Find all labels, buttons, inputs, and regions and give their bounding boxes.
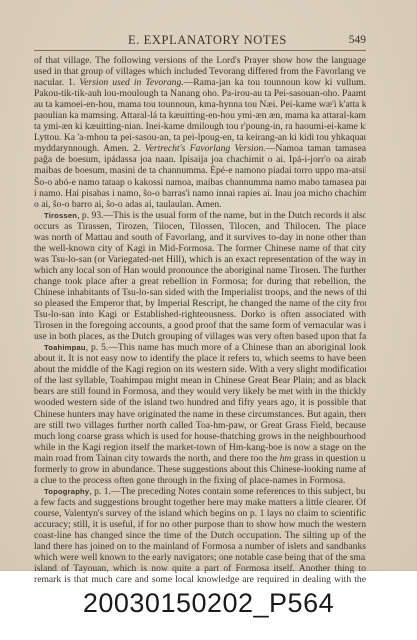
version2-label: Vertrecht's Favorlang Version. bbox=[145, 143, 266, 154]
text-line: which any local son of Han would pronoun… bbox=[34, 265, 366, 276]
text-line: Chinese inhabitants of Tsu-lo-san sided … bbox=[34, 287, 366, 298]
text-line: au ta kamoei-en-hou, mama tou tounnoun, … bbox=[34, 99, 366, 110]
text-line: main road from Tainan city towards the n… bbox=[34, 453, 366, 464]
text-span: myddarynnough. Amen. 2. bbox=[34, 143, 145, 154]
text-line: are still two villages further north cal… bbox=[34, 420, 366, 431]
text-line: about it. It is not easy now to identify… bbox=[34, 353, 366, 364]
text-line: paĝa de boesum, ipádassa joa naan. Ipisa… bbox=[34, 154, 366, 165]
text-line: so pleased the Emperor that, by Imperial… bbox=[34, 298, 366, 309]
text-line: island of Tayouan, which is now quite a … bbox=[34, 563, 366, 574]
page-number: 549 bbox=[349, 34, 366, 46]
text-line: much long coarse grass which is used for… bbox=[34, 431, 366, 442]
hm-italic: hm bbox=[280, 453, 292, 464]
text-line: nacular. 1. Version used in Tevorang.—Ra… bbox=[34, 77, 366, 88]
text-line: wooded western side of the island two hu… bbox=[34, 397, 366, 408]
text-span: —Namoa taman tamasea bbox=[266, 143, 366, 154]
running-head: E. EXPLANATORY NOTES bbox=[128, 33, 287, 48]
text-line: Lyttou. Ka 'a-mhou ta pei-sasou-an, ta p… bbox=[34, 132, 366, 143]
text-span: nacular. 1. bbox=[34, 77, 79, 88]
text-line: bears are still found in Formosa, and th… bbox=[34, 386, 366, 397]
body-text: of that village. The following versions … bbox=[34, 55, 366, 585]
text-line: maibas de boesum, masini de ta channumma… bbox=[34, 165, 366, 176]
text-line: coast-line has changed since the time of… bbox=[34, 530, 366, 541]
text-span: grass in question used bbox=[291, 453, 366, 464]
entry-keyword: Toahimpau bbox=[44, 343, 86, 352]
text-line: paoulian ka mamsing. Attaral-lá ta kæuit… bbox=[34, 110, 366, 121]
text-line: formerly to grow in abundance. These sug… bbox=[34, 464, 366, 475]
text-line: occurs as Tirassen, Tirozen, Tilocen, Ti… bbox=[34, 221, 366, 232]
tirossen-paragraph: Tirossen, p. 93.—This is the usual form … bbox=[34, 210, 366, 343]
text-span: —Rama-jan ka tou tounnoun kow ki vullum. bbox=[184, 77, 366, 88]
text-line: Toahimpau, p. 5.—This name has much more… bbox=[34, 342, 366, 353]
text-line: was Tsu-lo-san (or Variegated-net Hill),… bbox=[34, 254, 366, 265]
text-line: i namo. Hai pisabas i namo, ŝo-o barras'… bbox=[34, 188, 366, 199]
text-line: a clue to the process often gone through… bbox=[34, 475, 366, 486]
text-line: used in that group of villages which inc… bbox=[34, 66, 366, 77]
text-span: , p. 5.—This name has much more of a Chi… bbox=[86, 342, 366, 353]
text-line: which were well known to the early navig… bbox=[34, 552, 366, 563]
text-span: , p. 93.—This is the usual form of the n… bbox=[77, 210, 366, 221]
text-line: about the middle of the Kagi region on i… bbox=[34, 364, 366, 375]
text-line: remark is that much care and some local … bbox=[34, 574, 366, 585]
text-line: change took place after a great rebellio… bbox=[34, 276, 366, 287]
text-line: while in the Kagi region itself the mark… bbox=[34, 442, 366, 453]
text-line: ta ymi-æn ki kæuitting-nian. Inei-kame d… bbox=[34, 121, 366, 132]
text-line: o ai, ŝo-o barro ai, ŝo-o adas ai, taula… bbox=[34, 199, 366, 210]
text-line: Tsu-lo-san into Kagi or Established-righ… bbox=[34, 309, 366, 320]
page-scan: E. EXPLANATORY NOTES 549 of that village… bbox=[0, 0, 417, 571]
text-line: the well-known city of Kagi in Mid-Formo… bbox=[34, 243, 366, 254]
text-line: Ŝo-o abó-e namo tataap o kakossi namoa, … bbox=[34, 177, 366, 188]
text-line: Tirosen in the foregoing accounts, a goo… bbox=[34, 320, 366, 331]
text-line: Pakou-tik-tik-auh lou-moulough ta Nanang… bbox=[34, 88, 366, 99]
text-line: was north of Mattau and south of Favorla… bbox=[34, 232, 366, 243]
toahimpau-paragraph: Toahimpau, p. 5.—This name has much more… bbox=[34, 342, 366, 486]
text-line: land there has joined on to the mainland… bbox=[34, 541, 366, 552]
text-line: of the last syllable, Toahimpau might me… bbox=[34, 375, 366, 386]
lords-prayer-paragraph: of that village. The following versions … bbox=[34, 55, 366, 210]
text-line: a few facts and suggestions brought toge… bbox=[34, 497, 366, 508]
text-line: Chinese hunters may have originated the … bbox=[34, 409, 366, 420]
text-line: Topography, p. 1.—The preceding Notes co… bbox=[34, 486, 366, 497]
text-line: myddarynnough. Amen. 2. Vertrecht's Favo… bbox=[34, 143, 366, 154]
text-span: , p. 1.—The preceding Notes contain some… bbox=[89, 486, 366, 497]
header-rule bbox=[34, 50, 366, 51]
text-line: use in both places, as the Dutch groupin… bbox=[34, 331, 366, 342]
page-header: E. EXPLANATORY NOTES 549 bbox=[34, 33, 366, 49]
entry-keyword: Topography bbox=[44, 487, 89, 496]
version1-label: Version used in Tevorang. bbox=[79, 77, 183, 88]
text-line: course, Valentyn's survey of the island … bbox=[34, 508, 366, 519]
topography-paragraph: Topography, p. 1.—The preceding Notes co… bbox=[34, 486, 366, 585]
scan-id-label: 20030150202_P564 bbox=[0, 588, 417, 619]
text-line: accuracy; still, it is useful, if for no… bbox=[34, 519, 366, 530]
entry-keyword: Tirossen bbox=[44, 211, 77, 220]
text-line: of that village. The following versions … bbox=[34, 55, 366, 66]
text-line: Tirossen, p. 93.—This is the usual form … bbox=[34, 210, 366, 221]
text-span: main road from Tainan city towards the n… bbox=[34, 453, 280, 464]
